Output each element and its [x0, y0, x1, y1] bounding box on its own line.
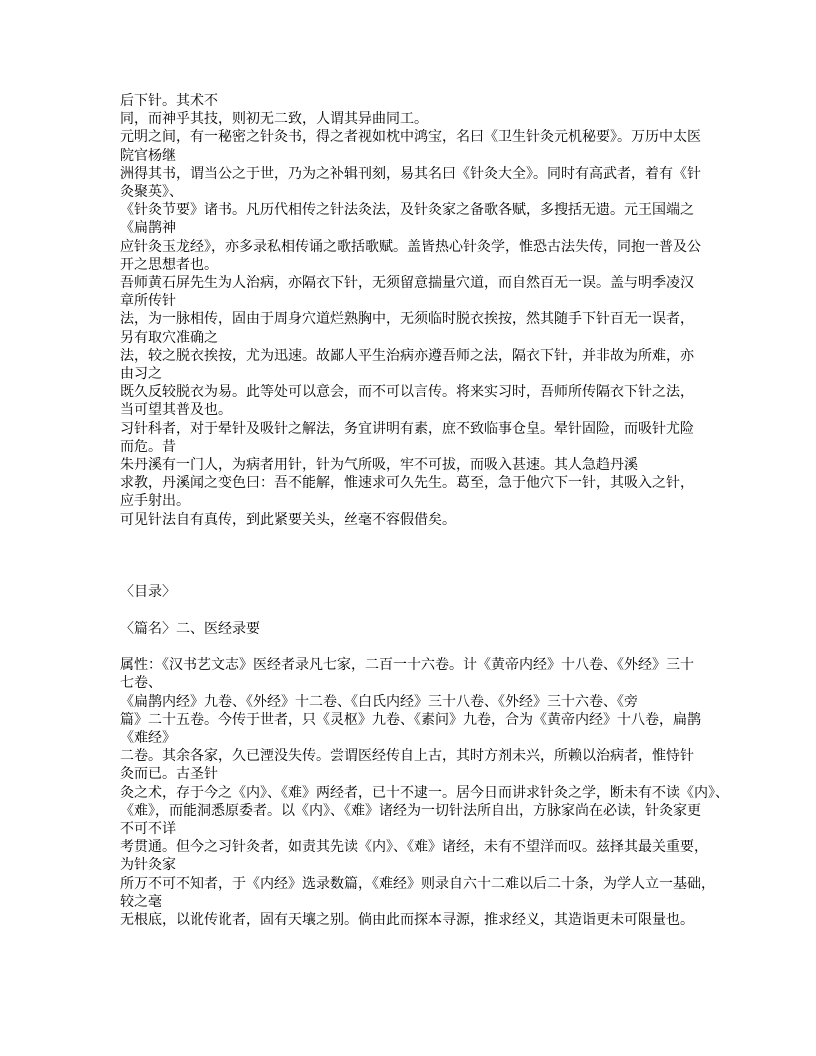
text-line: 二卷。其余各家，久已湮没失传。尝谓医经传自上古，其时方剂未兴，所赖以治病者，惟恃…: [120, 748, 726, 766]
text-line: 篇》二十五卷。今传于世者，只《灵枢》九卷、《素问》九卷，合为《黄帝内经》十八卷，…: [120, 712, 726, 730]
text-line: 吾师黄石屏先生为人治病，亦隔衣下针，无须留意揣量穴道，而自然百无一误。盖与明季凌…: [120, 275, 726, 293]
text-line: 考贯通。但今之习针灸者，如责其先读《内》、《难》诸经，未有不望洋而叹。兹择其最关…: [120, 839, 726, 857]
text-line: 院官杨继: [120, 148, 726, 166]
text-line: 较之毫: [120, 894, 726, 912]
text-line: 无根底，以讹传讹者，固有天壤之别。倘由此而探本寻源，推求经义，其造诣更未可限量也…: [120, 912, 726, 930]
section-title: 〈篇名〉二、医经录要: [120, 621, 726, 639]
text-line: 洲得其书，谓当公之于世，乃为之补辑刊刻，易其名曰《针灸大全》。同时有高武者，着有…: [120, 166, 726, 184]
text-line: 为针灸家: [120, 857, 726, 875]
text-line: 《难经》: [120, 730, 726, 748]
text-line: 既久反较脱衣为易。此等处可以意会，而不可以言传。将来实习时，吾师所传隔衣下针之法…: [120, 384, 726, 402]
text-line: 开之思想者也。: [120, 257, 726, 275]
text-line: 而危。昔: [120, 439, 726, 457]
text-line: 法，为一脉相传，固由于周身穴道烂熟胸中，无须临时脱衣挨按，然其随手下针百无一误者…: [120, 311, 726, 329]
intro-paragraph-block: 后下针。其术不同，而神乎其技，则初无二致，人谓其异曲同工。元明之间，有一秘密之针…: [120, 93, 726, 530]
text-line: 《难》，而能洞悉原委者。以《内》、《难》诸经为一切针法所自出，方脉家尚在必读，针…: [120, 803, 726, 821]
toc-marker: 〈目录〉: [120, 584, 726, 602]
text-line: 章所传针: [120, 293, 726, 311]
document-page: 后下针。其术不同，而神乎其技，则初无二致，人谓其异曲同工。元明之间，有一秘密之针…: [0, 0, 816, 1056]
text-line: 习针科者，对于晕针及吸针之解法，务宜讲明有素，庶不致临事仓皇。晕针固险，而吸针尤…: [120, 421, 726, 439]
text-line: 应针灸玉龙经》，亦多录私相传诵之歌括歌赋。盖皆热心针灸学，惟恐古法失传，同抱一普…: [120, 239, 726, 257]
text-line: 不可不详: [120, 821, 726, 839]
text-line: 后下针。其术不: [120, 93, 726, 111]
text-line: 元明之间，有一秘密之针灸书，得之者视如枕中鸿宝，名曰《卫生针灸元机秘要》。万历中…: [120, 129, 726, 147]
text-line: 由习之: [120, 366, 726, 384]
text-line: 灸聚英》、: [120, 184, 726, 202]
text-line: 另有取穴准确之: [120, 330, 726, 348]
text-line: 朱丹溪有一门人，为病者用针，针为气所吸，牢不可拔，而吸入甚速。其人急趋丹溪: [120, 457, 726, 475]
text-line: 求教，丹溪闻之变色曰：吾不能解，惟速求可久先生。葛至，急于他穴下一针，其吸入之针…: [120, 475, 726, 493]
text-line: 法，较之脱衣挨按，尤为迅速。故鄙人平生治病亦遵吾师之法，隔衣下针，并非故为所难，…: [120, 348, 726, 366]
text-line: 属性：《汉书艺文志》医经者录凡七家，二百一十六卷。计《黄帝内经》十八卷、《外经》…: [120, 657, 726, 675]
text-line: 同，而神乎其技，则初无二致，人谓其异曲同工。: [120, 111, 726, 129]
text-line: 《扁鹊神: [120, 220, 726, 238]
body-paragraph-block: 属性：《汉书艺文志》医经者录凡七家，二百一十六卷。计《黄帝内经》十八卷、《外经》…: [120, 657, 726, 930]
text-line: 灸之术，存于今之《内》、《难》两经者，已十不逮一。居今日而讲求针灸之学，断未有不…: [120, 785, 726, 803]
text-line: 《扁鹊内经》九卷、《外经》十二卷、《白氏内经》三十八卷、《外经》三十六卷、《旁: [120, 694, 726, 712]
text-line: 所万不可不知者，于《内经》选录数篇，《难经》则录自六十二难以后二十条，为学人立一…: [120, 876, 726, 894]
text-line: 《针灸节要》诸书。凡历代相传之针法灸法，及针灸家之备歌各赋，多搜括无遗。元王国端…: [120, 202, 726, 220]
text-line: 当可望其普及也。: [120, 402, 726, 420]
text-line: 七卷、: [120, 675, 726, 693]
text-line: 可见针法自有真传，到此紧要关头，丝毫不容假借矣。: [120, 512, 726, 530]
text-line: 应手射出。: [120, 493, 726, 511]
text-line: 灸而已。古圣针: [120, 766, 726, 784]
